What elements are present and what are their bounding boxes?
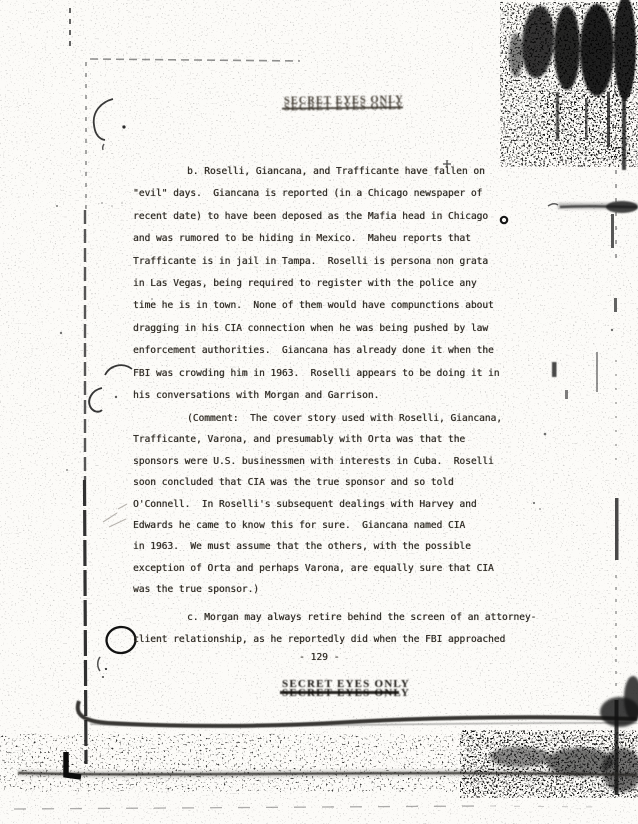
classification-stamp-bottom: SECRET EYES ONLY SECRET EYES ONLY <box>282 679 400 707</box>
text-line: in Las Vegas, being required to register… <box>133 278 553 300</box>
text-line: Edwards he came to know this for sure. G… <box>133 520 553 541</box>
text-line: (Comment: The cover story used with Rose… <box>133 413 553 434</box>
text-line: enforcement authorities. Giancana has al… <box>133 345 553 367</box>
scanned-document-page: { "document": { "stamps": { "top": "SECR… <box>0 0 638 824</box>
text-line: b. Roselli, Giancana, and Trafficante ha… <box>133 166 553 188</box>
text-line: O'Connell. In Roselli's subsequent deali… <box>133 499 553 520</box>
stamp-strike-line <box>280 691 399 694</box>
text-line: Trafficante is in jail in Tampa. Roselli… <box>133 256 553 278</box>
text-line: time he is in town. None of them would h… <box>133 300 553 322</box>
text-line: recent date) to have been deposed as the… <box>133 211 553 233</box>
text-line: in 1963. We must assume that the others,… <box>133 541 553 562</box>
paragraph-comment: (Comment: The cover story used with Rose… <box>133 413 553 606</box>
text-line: dragging in his CIA connection when he w… <box>133 323 553 345</box>
paragraph-c: c. Morgan may always retire behind the s… <box>133 612 553 655</box>
text-line: and was rumored to be hiding in Mexico. … <box>133 233 553 255</box>
text-line: Trafficante, Varona, and presumably with… <box>133 434 553 455</box>
document-text-layer: SECRET EYES ONLY SECRET EYES ONLY b. Ros… <box>0 0 638 824</box>
paragraph-b: b. Roselli, Giancana, and Trafficante ha… <box>133 166 553 412</box>
text-line: "evil" days. Giancana is reported (in a … <box>133 188 553 210</box>
text-line: FBI was crowding him in 1963. Roselli ap… <box>133 368 553 390</box>
text-line: was the true sponsor.) <box>133 584 553 605</box>
page-number: - 129 - <box>299 652 339 663</box>
text-line: exception of Orta and perhaps Varona, ar… <box>133 563 553 584</box>
text-line: his conversations with Morgan and Garris… <box>133 390 553 412</box>
classification-stamp-top: SECRET EYES ONLY SECRET EYES ONLY <box>284 95 402 124</box>
text-line: sponsors were U.S. businessmen with inte… <box>133 456 553 477</box>
text-line: c. Morgan may always retire behind the s… <box>133 612 553 634</box>
text-line: soon concluded that CIA was the true spo… <box>133 477 553 498</box>
text-line: client relationship, as he reportedly di… <box>133 634 553 656</box>
